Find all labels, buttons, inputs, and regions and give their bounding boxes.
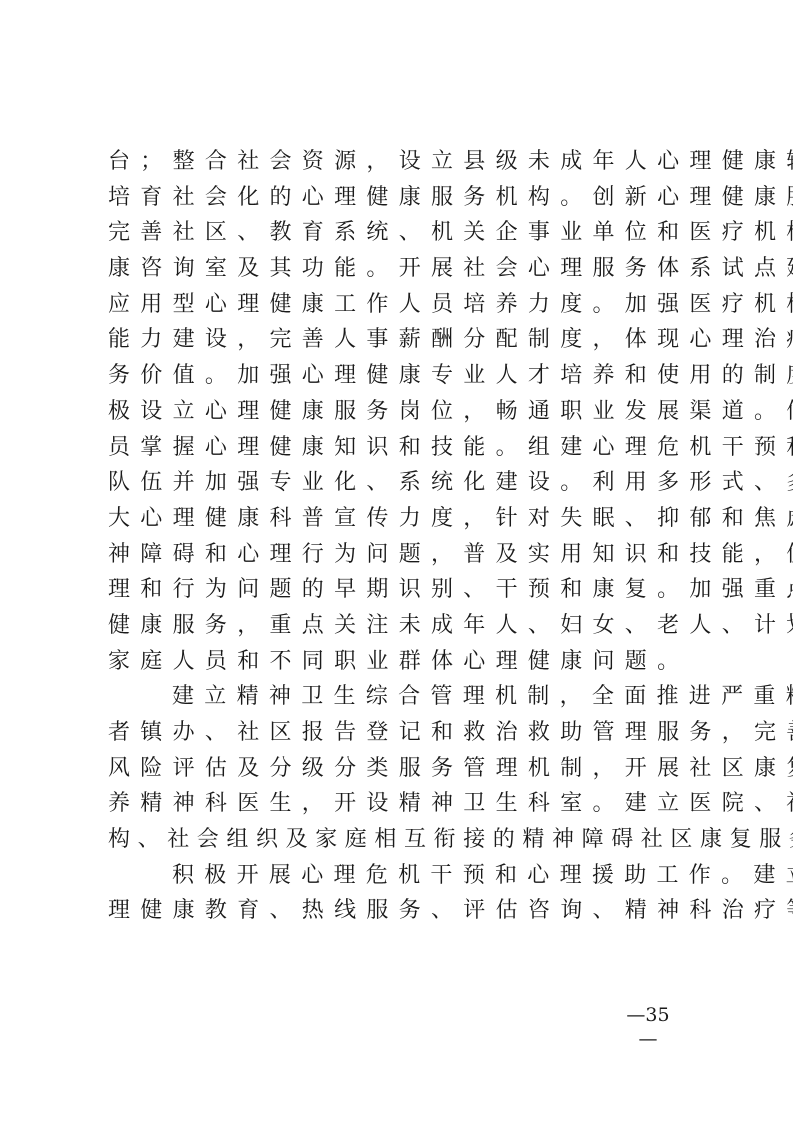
text-line: 理健康教育、热线服务、评估咨询、精神科治疗等相衔接的 [108,893,690,929]
text-line: 理和行为问题的早期识别、干预和康复。加强重点人群心理 [108,572,690,608]
text-line: 者镇办、社区报告登记和救治救助管理服务，完善患者综合 [108,715,690,751]
text-line: 台；整合社会资源，设立县级未成年人心理健康辅导中心； [108,144,690,180]
text-line: 应用型心理健康工作人员培养力度。加强医疗机构精神卫生 [108,287,690,323]
document-page: 台；整合社会资源，设立县级未成年人心理健康辅导中心； 培育社会化的心理健康服务机… [0,0,793,1122]
text-line: 健康服务，重点关注未成年人、妇女、老人、计划生育特殊 [108,608,690,644]
text-line: 风险评估及分级分类服务管理机制，开展社区康复工作。培 [108,751,690,787]
text-line: 完善社区、教育系统、机关企事业单位和医疗机构的心理健 [108,215,690,251]
text-line: 员掌握心理健康知识和技能。组建心理危机干预和心理援助 [108,430,690,466]
text-line: 务价值。加强心理健康专业人才培养和使用的制度建设，积 [108,358,690,394]
text-line: 养精神科医生，开设精神卫生科室。建立医院、社区康复机 [108,786,690,822]
paragraph-start-line: 建立精神卫生综合管理机制，全面推进严重精神障碍患 [108,679,690,715]
text-line: 构、社会组织及家庭相互衔接的精神障碍社区康复服务体系。 [108,822,690,858]
page-number: —35— [620,1003,676,1027]
body-text: 台；整合社会资源，设立县级未成年人心理健康辅导中心； 培育社会化的心理健康服务机… [108,144,690,929]
paragraph-start-line: 积极开展心理危机干预和心理援助工作。建立和完善心 [108,858,690,894]
text-line: 大心理健康科普宣传力度，针对失眠、抑郁和焦虑等常见精 [108,501,690,537]
text-line: 培育社会化的心理健康服务机构。创新心理健康服务模式， [108,180,690,216]
text-line: 队伍并加强专业化、系统化建设。利用多形式、多平台，加 [108,465,690,501]
text-line: 康咨询室及其功能。开展社会心理服务体系试点建设。加大 [108,251,690,287]
text-line: 极设立心理健康服务岗位，畅通职业发展渠道。倡导医务人 [108,394,690,430]
text-line: 神障碍和心理行为问题，普及实用知识和技能，促进居民心 [108,537,690,573]
text-line: 家庭人员和不同职业群体心理健康问题。 [108,644,690,680]
text-line: 能力建设，完善人事薪酬分配制度，体现心理治疗服务的劳 [108,322,690,358]
